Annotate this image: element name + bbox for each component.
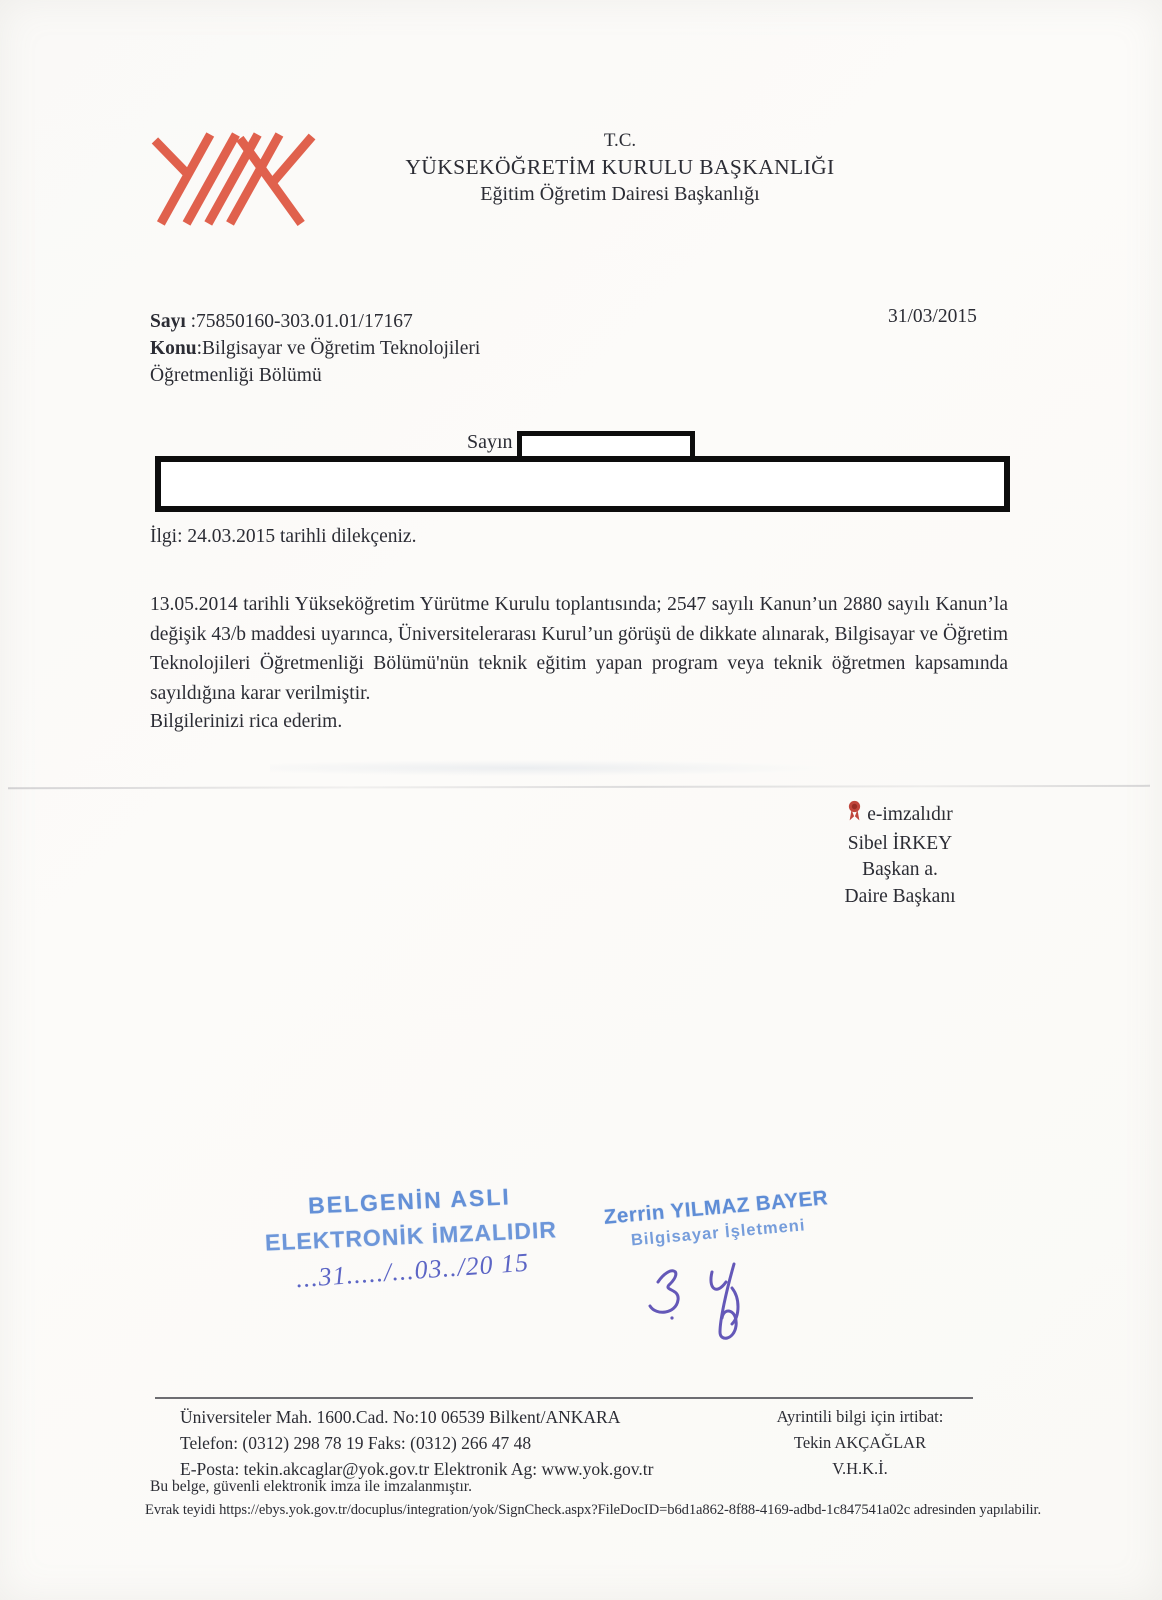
footer-address-block: Üniversiteler Mah. 1600.Cad. No:10 06539… (180, 1404, 653, 1482)
signer-name: Sibel İRKEY (782, 831, 1018, 858)
verification-note: Evrak teyidi https://ebys.yok.gov.tr/doc… (145, 1502, 1041, 1519)
recipient-salutation: Sayın (467, 431, 513, 454)
yok-logo-icon (148, 128, 316, 233)
letterhead-org: YÜKSEKÖĞRETİM KURULU BAŞKANLIĞI (380, 153, 860, 181)
stamp-operator: Zerrin YILMAZ BAYER Bilgisayar İşletmeni (590, 1185, 843, 1254)
scanned-letter-page: T.C. YÜKSEKÖĞRETİM KURULU BAŞKANLIĞI Eği… (0, 0, 1162, 1600)
closing-line: Bilgilerinizi rica ederim. (150, 711, 342, 733)
document-meta: Sayı :75850160-303.01.01/17167 Konu:Bilg… (150, 308, 480, 389)
redaction-box-large (155, 456, 1010, 512)
stamp-original-electronic: BELGENİN ASLI ELEKTRONİK İMZALIDIR ...31… (244, 1181, 578, 1294)
seal-icon (847, 800, 862, 831)
secure-signature-note: Bu belge, güvenli elektronik imza ile im… (150, 1478, 472, 1496)
letterhead: T.C. YÜKSEKÖĞRETİM KURULU BAŞKANLIĞI Eği… (380, 128, 860, 208)
esign-label: e-imzalıdır (867, 802, 953, 829)
konu-line-2: Öğretmenliği Bölümü (150, 362, 480, 389)
sayi-line: Sayı :75850160-303.01.01/17167 (150, 308, 480, 335)
footer-contact-header: Ayrintili bilgi için irtibat: (748, 1404, 972, 1430)
footer-contact-name: Tekin AKÇAĞLAR (748, 1430, 972, 1456)
signature-block: e-imzalıdır Sibel İRKEY Başkan a. Daire … (782, 800, 1018, 910)
signer-title-1: Başkan a. (782, 857, 1018, 884)
body-paragraph: 13.05.2014 tarihli Yükseköğretim Yürütme… (150, 590, 1008, 708)
handwritten-signature (628, 1258, 778, 1349)
footer-contact-block: Ayrintili bilgi için irtibat: Tekin AKÇA… (748, 1404, 972, 1482)
footer-phone: Telefon: (0312) 298 78 19 Faks: (0312) 2… (180, 1430, 653, 1456)
reference-line: İlgi: 24.03.2015 tarihli dilekçeniz. (150, 526, 416, 548)
footer-address: Üniversiteler Mah. 1600.Cad. No:10 06539… (180, 1404, 653, 1430)
scan-artifact-line (8, 785, 1150, 789)
esign-row: e-imzalıdır (782, 800, 1018, 831)
scan-smudge (270, 760, 830, 776)
stamp-original-line1: BELGENİN ASLI (244, 1181, 575, 1223)
letterhead-dept: Eğitim Öğretim Dairesi Başkanlığı (380, 181, 860, 207)
footer-divider (155, 1397, 973, 1399)
signer-title-2: Daire Başkanı (782, 884, 1018, 911)
document-date: 31/03/2015 (888, 306, 977, 328)
footer-contact-title: V.H.K.İ. (748, 1456, 972, 1482)
konu-label: Konu (150, 338, 197, 359)
sayi-value: :75850160-303.01.01/17167 (186, 311, 413, 332)
konu-line: Konu:Bilgisayar ve Öğretim Teknolojileri (150, 335, 480, 362)
sayi-label: Sayı (150, 311, 186, 332)
konu-value: :Bilgisayar ve Öğretim Teknolojileri (197, 338, 481, 359)
letterhead-tc: T.C. (380, 128, 860, 153)
